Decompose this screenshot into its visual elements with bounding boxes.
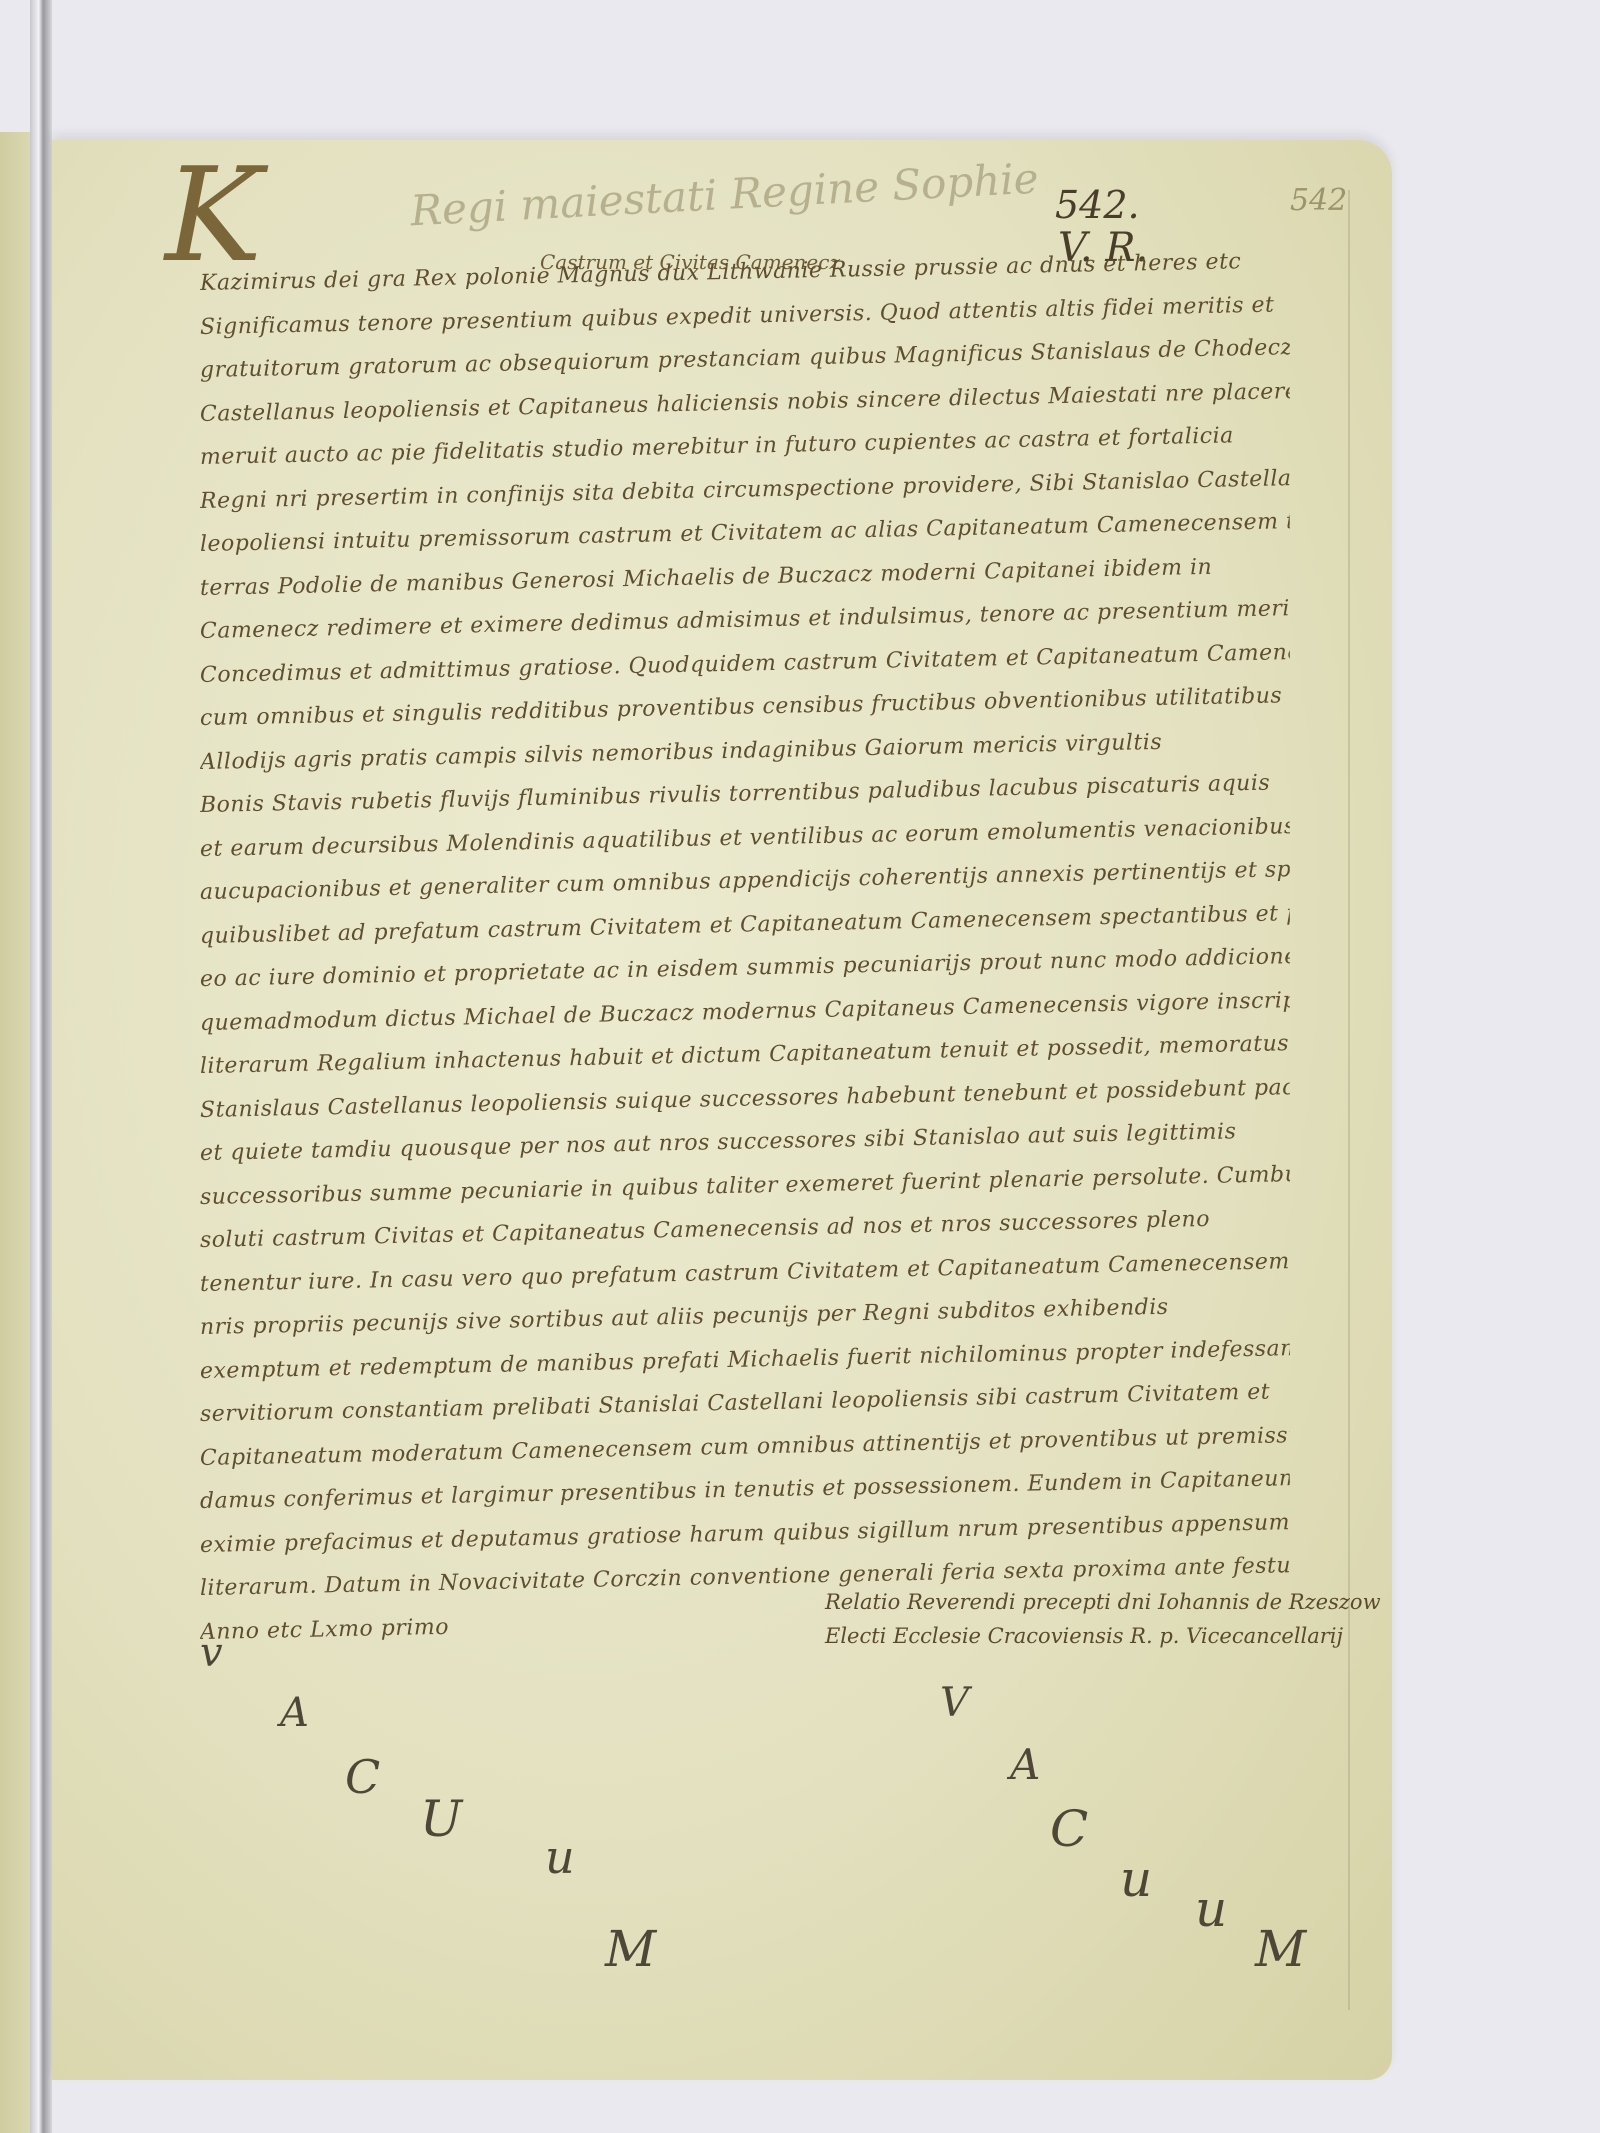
folio-number-faint: 542 (1290, 183, 1347, 218)
charter-text: Kazimirus dei gra Rex polonie Magnus dux… (200, 262, 1290, 1654)
pen-trial-letter: U (420, 1790, 462, 1848)
book-spine-clamp (30, 0, 52, 2133)
signature-line: Relatio Reverendi precepti dni Iohannis … (825, 1585, 1381, 1619)
pen-trial-letter: C (1050, 1800, 1088, 1858)
pen-trial-letter: u (1195, 1880, 1227, 1938)
pen-trial-letter: u (1120, 1850, 1152, 1908)
pen-trial-letter: C (345, 1750, 380, 1804)
pen-trial-letter: A (1010, 1740, 1040, 1789)
pen-trial-letter: M (605, 1920, 656, 1978)
relatio-signature: Relatio Reverendi precepti dni Iohannis … (825, 1585, 1381, 1653)
pen-trial-letter: M (1255, 1920, 1306, 1978)
signature-line: Electi Ecclesie Cracoviensis R. p. Vicec… (825, 1619, 1381, 1653)
pen-trial-letter: v (200, 1630, 223, 1676)
pen-trial-letter: u (545, 1830, 575, 1884)
pen-trial-letter: V (940, 1680, 969, 1726)
folio-number: 542. (1055, 183, 1140, 227)
margin-ruling (1348, 190, 1350, 2010)
pen-trial-letter: A (280, 1690, 309, 1736)
